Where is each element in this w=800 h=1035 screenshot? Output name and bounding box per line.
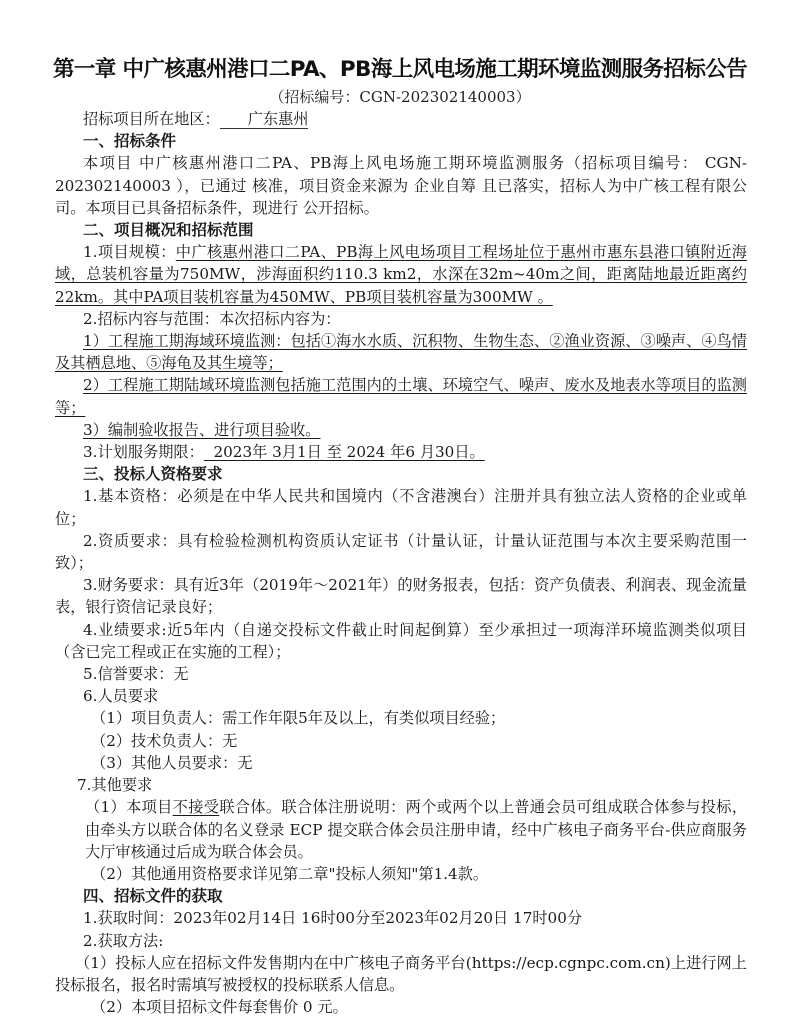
consortium-note: （1）本项目不接受联合体。联合体注册说明：两个或两个以上普通会员可组成联合体参与… [55,796,747,863]
requirement-item: 6.人员要求 [55,685,747,707]
consortium-not-accepted: 不接受 [173,798,220,816]
section-heading-3: 三、投标人资格要求 [55,463,747,485]
general-qualification-note: （2）其他通用资格要求详见第二章"投标人须知"第1.4款。 [55,863,747,885]
acquisition-method-1: （1）投标人应在招标文件发售期内在中广核电子商务平台(https://ecp.c… [55,952,747,996]
consortium-prefix: （1）本项目 [85,798,173,816]
section-heading-4: 四、招标文件的获取 [55,885,747,907]
tender-number: （招标编号：CGN-202302140003） [0,86,800,107]
scope-item-3: 3）编制验收报告、进行项目验收。 [55,419,747,441]
document-title: 第一章 中广核惠州港口二PA、PB海上风电场施工期环境监测服务招标公告 [0,52,800,83]
tender-conditions-paragraph: 本项目 中广核惠州港口二PA、PB海上风电场施工期环境监测服务（招标项目编号： … [55,152,747,219]
requirement-item: 5.信誉要求：无 [55,663,747,685]
service-period-value: 2023年 3月1日 至 2024 年6 月30日。 [204,443,485,461]
service-period-label: 3.计划服务期限： [83,443,204,461]
scope-item-1-text: 1）工程施工期海域环境监测：包括①海水水质、沉积物、生物生态、②渔业资源、③噪声… [55,332,747,372]
section-heading-1: 一、招标条件 [55,130,747,152]
acquisition-method: 2.获取方法: [55,930,747,952]
requirement-item: 2.资质要求：具有检验检测机构资质认定证书（计量认证，计量认证范围与本次主要采购… [55,530,747,574]
region-value: 广东惠州 [220,111,309,129]
other-requirements-heading: 7.其他要求 [55,774,747,796]
personnel-item: （1）项目负责人：需工作年限5年及以上，有类似项目经验； [55,707,747,729]
requirement-item: 1.基本资格：必须是在中华人民共和国境内（不含港澳台）注册并具有独立法人资格的企… [55,485,747,529]
section-heading-2: 二、项目概况和招标范围 [55,219,747,241]
project-scale-label: 1.项目规模： [83,243,176,261]
scope-item-3-text: 3）编制验收报告、进行项目验收。 [83,421,320,439]
scope-item-1: 1）工程施工期海域环境监测：包括①海水水质、沉积物、生物生态、②渔业资源、③噪声… [55,330,747,374]
personnel-item: （2）技术负责人：无 [55,730,747,752]
region-line: 招标项目所在地区：广东惠州 [55,108,747,130]
acquisition-method-2: （2）本项目招标文件每套售价 0 元。 [55,996,747,1018]
personnel-item: （3）其他人员要求：无 [55,752,747,774]
scope-item-2: 2）工程施工期陆域环境监测包括施工范围内的土壤、环境空气、噪声、废水及地表水等项… [55,374,747,418]
project-scale: 1.项目规模：中广核惠州港口二PA、PB海上风电场项目工程场址位于惠州市惠东县港… [55,241,747,308]
requirement-item: 4.业绩要求:近5年内（自递交投标文件截止时间起倒算）至少承担过一项海洋环境监测… [55,619,747,663]
tender-scope: 2.招标内容与范围：本次招标内容为： [55,308,747,330]
requirement-item: 3.财务要求：具有近3年（2019年～2021年）的财务报表，包括：资产负债表、… [55,574,747,618]
region-label: 招标项目所在地区： [83,110,220,128]
service-period: 3.计划服务期限： 2023年 3月1日 至 2024 年6 月30日。 [55,441,747,463]
document-body: 招标项目所在地区：广东惠州 一、招标条件 本项目 中广核惠州港口二PA、PB海上… [55,108,747,1018]
scope-item-2-text: 2）工程施工期陆域环境监测包括施工范围内的土壤、环境空气、噪声、废水及地表水等项… [55,376,747,416]
acquisition-time: 1.获取时间：2023年02月14日 16时00分至2023年02月20日 17… [55,907,747,929]
